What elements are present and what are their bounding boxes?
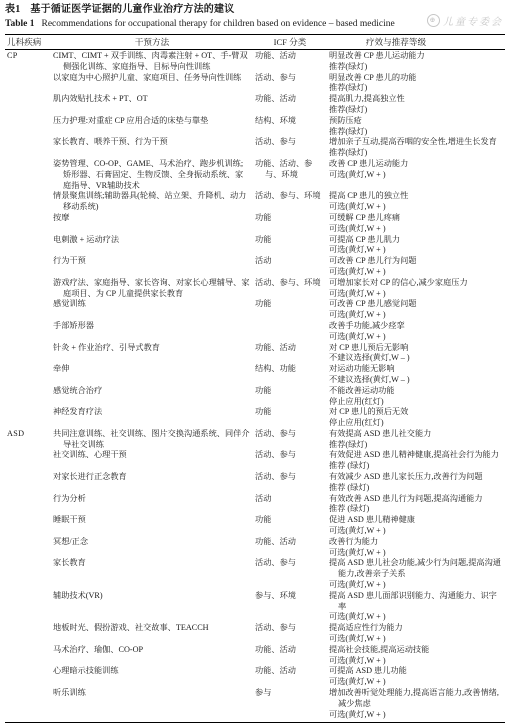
cell-icf: 活动: [255, 494, 325, 516]
cell-intervention: 以家庭为中心照护儿童、家庭项目、任务导向性训练: [53, 73, 251, 95]
cell-icf: 功能: [255, 299, 325, 321]
table-row: 针灸 + 作业治疗、引导式教育 功能、活动 对 CP 患儿预后无影响 不建议选择…: [5, 343, 505, 365]
cell-icf: 活动、参与: [255, 558, 325, 590]
recommendations-table: 儿科疾病 干预方法 ICF 分类 疗效与推荐等级 CP CIMT、CIMT + …: [5, 34, 505, 723]
journal-watermark: ⊕ 儿童专委会: [427, 13, 503, 28]
cell-intervention: 家长教育: [53, 558, 251, 590]
cell-outcome: 对 CP 患儿的预后无效 停止应用(红灯): [329, 407, 505, 429]
table-title-en-text: Recommendations for occupational therapy…: [41, 19, 394, 29]
cell-outcome: 改善手功能,减少痉挛 可选(黄灯,W + ): [329, 321, 505, 343]
cell-icf: 功能、活动: [255, 94, 325, 116]
cell-intervention: 按摩: [53, 213, 251, 235]
table-row: 对家长进行正念教育 活动、参与 有效减少 ASD 患儿家长压力,改善行为问题 推…: [5, 472, 505, 494]
cell-outcome: 增加改善听觉处理能力,提高语言能力,改善情绪,减少焦虑 可选(黄灯,W + ): [329, 688, 505, 720]
cell-outcome: 有效提高 ASD 患儿社交能力 推荐(绿灯): [329, 429, 505, 451]
cell-disease: [5, 191, 49, 213]
cell-icf: 功能: [255, 386, 325, 408]
cell-outcome: 促进 ASD 患儿精神健康 可选(黄灯,W + ): [329, 515, 505, 537]
table-row: ASD 共同注意训练、社交训练、图片交换沟通系统、同伴介导社交训练 活动、参与 …: [5, 429, 505, 451]
cell-grade: 推荐(绿灯): [329, 83, 505, 94]
table-row: 家长教育 活动、参与 提高 ASD 患儿社会功能,减少行为问题,提高沟通能力,改…: [5, 558, 505, 590]
col-header-icf: ICF 分类: [255, 37, 325, 47]
cell-intervention: 游戏疗法、家庭指导、家长咨询、对家长心理辅导、家庭项目、为 CP 儿童提供家长教…: [53, 278, 251, 300]
cell-icf: 功能、活动: [255, 537, 325, 559]
cell-effect: 可改善 CP 患儿感觉问题: [329, 299, 505, 310]
cell-effect: 提高适应性行为能力: [329, 623, 505, 634]
cell-outcome: 改善 CP 患儿运动能力 可选(黄灯,W + ): [329, 159, 505, 191]
cell-disease: [5, 343, 49, 365]
cell-grade: 推荐(绿灯): [329, 148, 505, 159]
table-header-row: 儿科疾病 干预方法 ICF 分类 疗效与推荐等级: [5, 35, 505, 50]
cell-icf: 活动、参与: [255, 137, 325, 159]
cell-effect: 可改善 CP 患儿行为问题: [329, 256, 505, 267]
cell-disease: [5, 623, 49, 645]
cell-effect: 有效改善 ASD 患儿行为问题,提高沟通能力: [329, 494, 505, 505]
cell-grade: 推荐 (绿灯): [329, 461, 505, 472]
cell-disease: [5, 364, 49, 386]
table-row: 手部矫形器 改善手功能,减少痉挛 可选(黄灯,W + ): [5, 321, 505, 343]
table-row: 感觉统合治疗 功能 不能改善运动功能 停止应用(红灯): [5, 386, 505, 408]
cell-intervention: 共同注意训练、社交训练、图片交换沟通系统、同伴介导社交训练: [53, 429, 251, 451]
cell-grade: 可选(黄灯,W + ): [329, 526, 505, 537]
table-row: 社交训练、心理干预 活动、参与 有效促进 ASD 患儿精神健康,提高社会行为能力…: [5, 450, 505, 472]
table-row: 按摩 功能 可缓解 CP 患儿疼痛 可选(黄灯,W + ): [5, 213, 505, 235]
cell-outcome: 明显改善 CP 患儿运动能力 推荐(绿灯): [329, 51, 505, 73]
cell-outcome: 增加亲子互动,提高吞咽的安全性,增进生长发育 推荐(绿灯): [329, 137, 505, 159]
cell-effect: 可缓解 CP 患儿疼痛: [329, 213, 505, 224]
table-row: 睡眠干预 功能 促进 ASD 患儿精神健康 可选(黄灯,W + ): [5, 515, 505, 537]
cell-grade: 推荐 (绿灯): [329, 504, 505, 515]
cell-effect: 增加改善听觉处理能力,提高语言能力,改善情绪,减少焦虑: [329, 688, 505, 710]
cell-effect: 改善手功能,减少痉挛: [329, 321, 505, 332]
cell-outcome: 不能改善运动功能 停止应用(红灯): [329, 386, 505, 408]
cell-disease: [5, 256, 49, 278]
cell-disease: [5, 299, 49, 321]
table-row: 行为分析 活动 有效改善 ASD 患儿行为问题,提高沟通能力 推荐 (绿灯): [5, 494, 505, 516]
table-title-cn-text: 基于循证医学证据的儿童作业治疗方法的建议: [30, 4, 234, 15]
cell-outcome: 提高 ASD 患儿社会功能,减少行为问题,提高沟通能力,改善亲子关系 可选(黄灯…: [329, 558, 505, 590]
cell-grade: 可选(黄灯,W + ): [329, 580, 505, 591]
cell-outcome: 对 CP 患儿预后无影响 不建议选择(黄灯,W – ): [329, 343, 505, 365]
col-header-intervention: 干预方法: [53, 37, 251, 47]
cell-effect: 促进 ASD 患儿精神健康: [329, 515, 505, 526]
table-row: 家长教育、喂养干预、行为干预 活动、参与 增加亲子互动,提高吞咽的安全性,增进生…: [5, 137, 505, 159]
cell-intervention: 感觉统合治疗: [53, 386, 251, 408]
cell-intervention: 马术治疗、瑜伽、CO-OP: [53, 645, 251, 667]
cell-effect: 有效提高 ASD 患儿社交能力: [329, 429, 505, 440]
cell-grade: 可选(黄灯,W + ): [329, 310, 505, 321]
cell-grade: 可选(黄灯,W + ): [329, 677, 505, 688]
col-header-disease: 儿科疾病: [5, 37, 49, 47]
cell-icf: 活动、参与、环境: [255, 191, 325, 213]
cell-effect: 提高 CP 患儿的独立性: [329, 191, 505, 202]
paper-page: ⊕ 儿童专委会 表1基于循证医学证据的儿童作业治疗方法的建议 Table 1Re…: [0, 0, 509, 723]
cell-disease: [5, 515, 49, 537]
cell-disease: [5, 94, 49, 116]
cell-icf: 功能: [255, 515, 325, 537]
cell-grade: 可选(黄灯,W + ): [329, 634, 505, 645]
table-body: CP CIMT、CIMT + 双手训练、肉毒素注射 + OT、手-臂双侧强化训练…: [5, 50, 505, 722]
cell-grade: 推荐(绿灯): [329, 105, 505, 116]
cell-disease: [5, 472, 49, 494]
cell-effect: 改善行为能力: [329, 537, 505, 548]
cell-disease: [5, 159, 49, 191]
table-row: 牵伸 结构、功能 对运动功能无影响 不建议选择(黄灯,W – ): [5, 364, 505, 386]
cell-intervention: 情景聚焦训练;辅助器具(轮椅、站立架、升降机、动力移动系统): [53, 191, 251, 213]
cell-disease: [5, 645, 49, 667]
cell-grade: 可选(黄灯,W + ): [329, 170, 505, 181]
cell-icf: 功能: [255, 407, 325, 429]
cell-effect: 提高 ASD 患儿面部识别能力、沟通能力、识字率: [329, 591, 505, 613]
cell-effect: 不能改善运动功能: [329, 386, 505, 397]
cell-icf: 活动、参与: [255, 450, 325, 472]
cell-intervention: 感觉训练: [53, 299, 251, 321]
cell-grade: 可选(黄灯,W + ): [329, 245, 505, 256]
cell-grade: 停止应用(红灯): [329, 397, 505, 408]
cell-grade: 推荐(绿灯): [329, 62, 505, 73]
cell-intervention: 家长教育、喂养干预、行为干预: [53, 137, 251, 159]
cell-icf: 活动、参与: [255, 623, 325, 645]
cell-effect: 对 CP 患儿预后无影响: [329, 343, 505, 354]
cell-outcome: 有效改善 ASD 患儿行为问题,提高沟通能力 推荐 (绿灯): [329, 494, 505, 516]
cell-outcome: 改善行为能力 可选(黄灯,W + ): [329, 537, 505, 559]
cell-icf: 活动: [255, 256, 325, 278]
cell-grade: 可选(黄灯,W + ): [329, 224, 505, 235]
cell-effect: 预防压疮: [329, 116, 505, 127]
cell-grade: 可选(黄灯,W + ): [329, 289, 505, 300]
cell-disease: [5, 73, 49, 95]
cell-intervention: 压力护理:对重症 CP 应用合适的床垫与靠垫: [53, 116, 251, 138]
cell-intervention: 冥想/正念: [53, 537, 251, 559]
table-row: 地板时光、假扮游戏、社交故事、TEACCH 活动、参与 提高适应性行为能力 可选…: [5, 623, 505, 645]
cell-intervention: 电刺激 + 运动疗法: [53, 235, 251, 257]
cell-disease: [5, 450, 49, 472]
cell-disease: [5, 386, 49, 408]
cell-icf: 功能、活动、参与、环境: [255, 159, 325, 191]
table-row: 情景聚焦训练;辅助器具(轮椅、站立架、升降机、动力移动系统) 活动、参与、环境 …: [5, 191, 505, 213]
cell-disease: [5, 235, 49, 257]
table-row: 姿势管理、CO-OP、GAME、马术治疗、跑步机训练;矫形器、石膏固定、生物反馈…: [5, 159, 505, 191]
cell-intervention: 姿势管理、CO-OP、GAME、马术治疗、跑步机训练;矫形器、石膏固定、生物反馈…: [53, 159, 251, 191]
cell-effect: 提高社会技能,提高运动技能: [329, 645, 505, 656]
cell-grade: 可选(黄灯,W + ): [329, 612, 505, 623]
cell-intervention: 对家长进行正念教育: [53, 472, 251, 494]
cell-icf: 功能: [255, 213, 325, 235]
cell-icf: 功能、活动: [255, 666, 325, 688]
cell-grade: 推荐(绿灯): [329, 440, 505, 451]
cell-effect: 明显改善 CP 患儿运动能力: [329, 51, 505, 62]
cell-effect: 对 CP 患儿的预后无效: [329, 407, 505, 418]
cell-outcome: 可提高 ASD 患儿功能 可选(黄灯,W + ): [329, 666, 505, 688]
cell-disease: [5, 116, 49, 138]
cell-disease: [5, 537, 49, 559]
cell-outcome: 可改善 CP 患儿行为问题 可选(黄灯,W + ): [329, 256, 505, 278]
table-row: 神经发育疗法 功能 对 CP 患儿的预后无效 停止应用(红灯): [5, 407, 505, 429]
cell-icf: 功能、活动: [255, 645, 325, 667]
cell-effect: 可提高 CP 患儿肌力: [329, 235, 505, 246]
cell-grade: 推荐(绿灯): [329, 127, 505, 138]
table-row: 行为干预 活动 可改善 CP 患儿行为问题 可选(黄灯,W + ): [5, 256, 505, 278]
table-row: 辅助技术(VR) 参与、环境 提高 ASD 患儿面部识别能力、沟通能力、识字率 …: [5, 591, 505, 623]
cell-intervention: CIMT、CIMT + 双手训练、肉毒素注射 + OT、手-臂双侧强化训练、家庭…: [53, 51, 251, 73]
cell-grade: 可选(黄灯,W + ): [329, 202, 505, 213]
cell-intervention: 听乐训练: [53, 688, 251, 720]
cell-effect: 明显改善 CP 患儿的功能: [329, 73, 505, 84]
cell-disease: [5, 666, 49, 688]
cell-intervention: 行为干预: [53, 256, 251, 278]
cell-disease: [5, 591, 49, 623]
cell-icf: 活动、参与、环境: [255, 278, 325, 300]
cell-icf: 参与、环境: [255, 591, 325, 623]
table-row: 电刺激 + 运动疗法 功能 可提高 CP 患儿肌力 可选(黄灯,W + ): [5, 235, 505, 257]
journal-logo-icon: ⊕: [427, 14, 440, 27]
cell-disease: [5, 321, 49, 343]
table-row: 肌内效贴扎技术 + PT、OT 功能、活动 提高肌力,提高独立性 推荐(绿灯): [5, 94, 505, 116]
cell-grade: 可选(黄灯,W + ): [329, 332, 505, 343]
cell-grade: 可选(黄灯,W + ): [329, 710, 505, 721]
table-row: 感觉训练 功能 可改善 CP 患儿感觉问题 可选(黄灯,W + ): [5, 299, 505, 321]
table-row: 听乐训练 参与 增加改善听觉处理能力,提高语言能力,改善情绪,减少焦虑 可选(黄…: [5, 688, 505, 720]
cell-effect: 可增加家长对 CP 的信心,减少家庭压力: [329, 278, 505, 289]
table-row: 马术治疗、瑜伽、CO-OP 功能、活动 提高社会技能,提高运动技能 可选(黄灯,…: [5, 645, 505, 667]
cell-outcome: 有效促进 ASD 患儿精神健康,提高社会行为能力 推荐 (绿灯): [329, 450, 505, 472]
cell-icf: 功能、活动: [255, 343, 325, 365]
cell-icf: [255, 321, 325, 343]
cell-disease: CP: [5, 51, 49, 73]
cell-disease: [5, 688, 49, 720]
cell-disease: [5, 278, 49, 300]
cell-effect: 改善 CP 患儿运动能力: [329, 159, 505, 170]
cell-icf: 功能、活动: [255, 51, 325, 73]
cell-grade: 可选(黄灯,W + ): [329, 267, 505, 278]
cell-disease: [5, 494, 49, 516]
cell-disease: [5, 407, 49, 429]
cell-outcome: 有效减少 ASD 患儿家长压力,改善行为问题 推荐 (绿灯): [329, 472, 505, 494]
cell-grade: 不建议选择(黄灯,W – ): [329, 375, 505, 386]
cell-icf: 结构、环境: [255, 116, 325, 138]
cell-outcome: 提高社会技能,提高运动技能 可选(黄灯,W + ): [329, 645, 505, 667]
cell-icf: 参与: [255, 688, 325, 720]
cell-outcome: 提高适应性行为能力 可选(黄灯,W + ): [329, 623, 505, 645]
cell-outcome: 提高 CP 患儿的独立性 可选(黄灯,W + ): [329, 191, 505, 213]
cell-disease: ASD: [5, 429, 49, 451]
cell-intervention: 神经发育疗法: [53, 407, 251, 429]
cell-intervention: 肌内效贴扎技术 + PT、OT: [53, 94, 251, 116]
table-row: 压力护理:对重症 CP 应用合适的床垫与靠垫 结构、环境 预防压疮 推荐(绿灯): [5, 116, 505, 138]
cell-grade: 不建议选择(黄灯,W – ): [329, 353, 505, 364]
cell-intervention: 社交训练、心理干预: [53, 450, 251, 472]
cell-intervention: 睡眠干预: [53, 515, 251, 537]
cell-intervention: 手部矫形器: [53, 321, 251, 343]
table-row: CP CIMT、CIMT + 双手训练、肉毒素注射 + OT、手-臂双侧强化训练…: [5, 51, 505, 73]
cell-outcome: 提高肌力,提高独立性 推荐(绿灯): [329, 94, 505, 116]
table-label-en: Table 1: [5, 19, 34, 29]
cell-grade: 停止应用(红灯): [329, 418, 505, 429]
cell-effect: 有效减少 ASD 患儿家长压力,改善行为问题: [329, 472, 505, 483]
cell-outcome: 可提高 CP 患儿肌力 可选(黄灯,W + ): [329, 235, 505, 257]
cell-intervention: 行为分析: [53, 494, 251, 516]
cell-grade: 可选(黄灯,W + ): [329, 656, 505, 667]
cell-disease: [5, 137, 49, 159]
cell-intervention: 辅助技术(VR): [53, 591, 251, 623]
cell-outcome: 预防压疮 推荐(绿灯): [329, 116, 505, 138]
cell-outcome: 明显改善 CP 患儿的功能 推荐(绿灯): [329, 73, 505, 95]
cell-intervention: 针灸 + 作业治疗、引导式教育: [53, 343, 251, 365]
cell-icf: 功能: [255, 235, 325, 257]
cell-outcome: 可缓解 CP 患儿疼痛 可选(黄灯,W + ): [329, 213, 505, 235]
cell-icf: 活动、参与: [255, 429, 325, 451]
table-row: 冥想/正念 功能、活动 改善行为能力 可选(黄灯,W + ): [5, 537, 505, 559]
cell-effect: 有效促进 ASD 患儿精神健康,提高社会行为能力: [329, 450, 505, 461]
table-row: 以家庭为中心照护儿童、家庭项目、任务导向性训练 活动、参与 明显改善 CP 患儿…: [5, 73, 505, 95]
table-row: 游戏疗法、家庭指导、家长咨询、对家长心理辅导、家庭项目、为 CP 儿童提供家长教…: [5, 278, 505, 300]
cell-effect: 对运动功能无影响: [329, 364, 505, 375]
watermark-text: 儿童专委会: [443, 13, 503, 28]
cell-grade: 推荐 (绿灯): [329, 483, 505, 494]
col-header-outcome: 疗效与推荐等级: [329, 37, 505, 47]
cell-icf: 活动、参与: [255, 73, 325, 95]
cell-icf: 结构、功能: [255, 364, 325, 386]
cell-effect: 增加亲子互动,提高吞咽的安全性,增进生长发育: [329, 137, 505, 148]
cell-intervention: 地板时光、假扮游戏、社交故事、TEACCH: [53, 623, 251, 645]
cell-effect: 提高 ASD 患儿社会功能,减少行为问题,提高沟通能力,改善亲子关系: [329, 558, 505, 580]
cell-disease: [5, 558, 49, 590]
table-label-cn: 表1: [5, 4, 20, 15]
cell-outcome: 提高 ASD 患儿面部识别能力、沟通能力、识字率 可选(黄灯,W + ): [329, 591, 505, 623]
cell-outcome: 可改善 CP 患儿感觉问题 可选(黄灯,W + ): [329, 299, 505, 321]
cell-intervention: 牵伸: [53, 364, 251, 386]
cell-intervention: 心理暗示技能训练: [53, 666, 251, 688]
cell-effect: 提高肌力,提高独立性: [329, 94, 505, 105]
cell-outcome: 对运动功能无影响 不建议选择(黄灯,W – ): [329, 364, 505, 386]
cell-disease: [5, 213, 49, 235]
cell-effect: 可提高 ASD 患儿功能: [329, 666, 505, 677]
table-row: 心理暗示技能训练 功能、活动 可提高 ASD 患儿功能 可选(黄灯,W + ): [5, 666, 505, 688]
cell-grade: 可选(黄灯,W + ): [329, 548, 505, 559]
cell-outcome: 可增加家长对 CP 的信心,减少家庭压力 可选(黄灯,W + ): [329, 278, 505, 300]
cell-icf: 活动、参与: [255, 472, 325, 494]
